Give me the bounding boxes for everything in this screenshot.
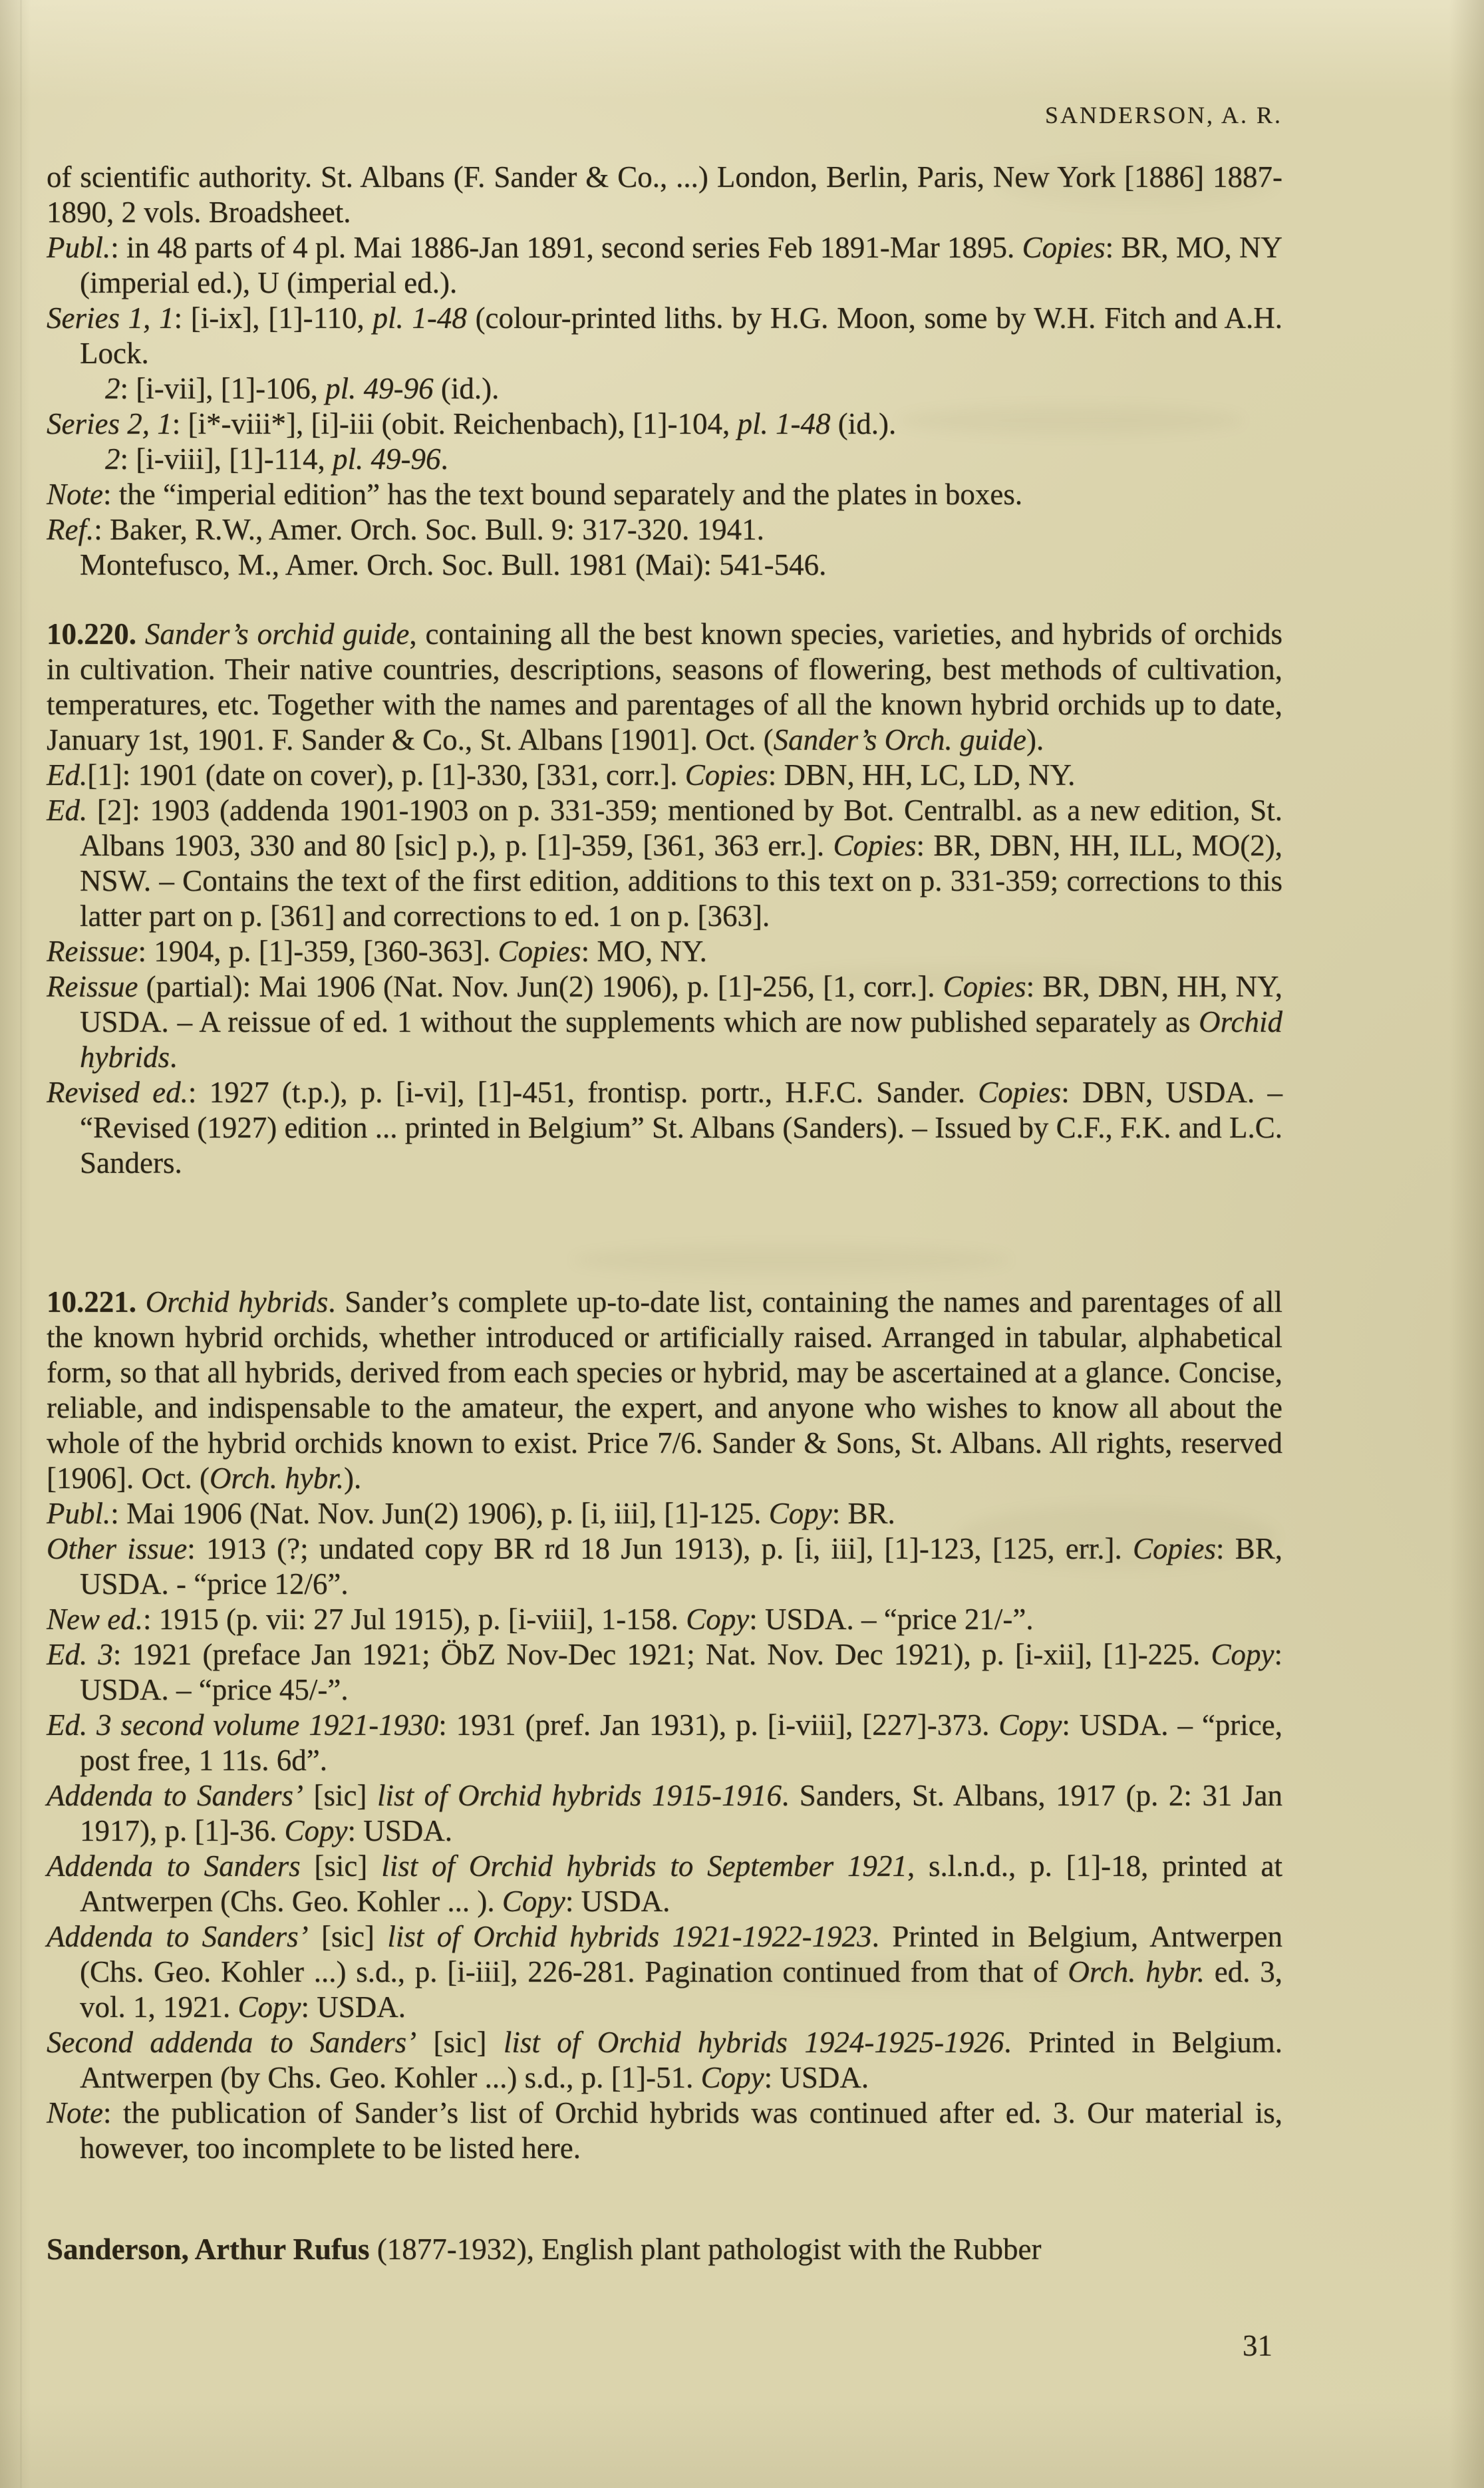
entry-publ: Publ.: in 48 parts of 4 pl. Mai 1886-Jan… [47,230,1282,301]
entry-addenda-1915-1916: Addenda to Sanders’ [sic] list of Orchid… [47,1778,1282,1849]
text-column: of scientific authority. St. Albans (F. … [47,0,1282,2488]
continued-entry-block: of scientific authority. St. Albans (F. … [47,160,1282,583]
entry-note: Note: the “imperial edition” has the tex… [47,477,1282,512]
entry-series-2-1: Series 2, 1: [i*-viii*], [i]-iii (obit. … [47,406,1282,442]
entry-addenda-september-1921: Addenda to Sanders [sic] list of Orchid … [47,1849,1282,1919]
entry-publ-10-221: Publ.: Mai 1906 (Nat. Nov. Jun(2) 1906),… [47,1496,1282,1531]
book-page-scan: SANDERSON, A. R. of scientific authority… [0,0,1484,2488]
entry-revised-ed: Revised ed.: 1927 (t.p.), p. [i-vi], [1]… [47,1075,1282,1181]
entry-ed-3: Ed. 3: 1921 (preface Jan 1921; ÖbZ Nov-D… [47,1637,1282,1708]
entry-series-1-1: Series 1, 1: [i-ix], [1]-110, pl. 1-48 (… [47,301,1282,371]
entry-ref-continuation: Montefusco, M., Amer. Orch. Soc. Bull. 1… [47,547,1282,583]
entry-sanderson-heading: Sanderson, Arthur Rufus (1877-1932), Eng… [47,2232,1282,2267]
entry-other-issue: Other issue: 1913 (?; undated copy BR rd… [47,1531,1282,1602]
entry-10-221-block: 10.221. Orchid hybrids. Sander’s complet… [47,1285,1282,2166]
page-number: 31 [1243,2328,1272,2363]
entry-reissue-1904: Reissue: 1904, p. [1]-359, [360-363]. Co… [47,934,1282,969]
entry-second-addenda: Second addenda to Sanders’ [sic] list of… [47,2025,1282,2096]
entry-sanderson-block: Sanderson, Arthur Rufus (1877-1932), Eng… [47,2232,1282,2267]
paper-crease [20,0,22,2488]
entry-series-2-2: 2: [i-viii], [1]-114, pl. 49-96. [47,442,1282,477]
entry-note-10-221: Note: the publication of Sander’s list o… [47,2096,1282,2166]
entry-ed-3-second-volume: Ed. 3 second volume 1921-1930: 1931 (pre… [47,1708,1282,1778]
entry-ed-1: Ed.[1]: 1901 (date on cover), p. [1]-330… [47,758,1282,793]
entry-addenda-1921-1922-1923: Addenda to Sanders’ [sic] list of Orchid… [47,1919,1282,2025]
entry-series-1-2: 2: [i-vii], [1]-106, pl. 49-96 (id.). [47,371,1282,406]
entry-10-221-heading: 10.221. Orchid hybrids. Sander’s complet… [47,1285,1282,1496]
entry-10-220-block: 10.220. Sander’s orchid guide, containin… [47,617,1282,1181]
entry-ed-2: Ed. [2]: 1903 (addenda 1901-1903 on p. 3… [47,793,1282,934]
entry-new-ed: New ed.: 1915 (p. vii: 27 Jul 1915), p. … [47,1602,1282,1637]
entry-ref: Ref.: Baker, R.W., Amer. Orch. Soc. Bull… [47,512,1282,547]
continuation-paragraph: of scientific authority. St. Albans (F. … [47,160,1282,230]
entry-10-220-heading: 10.220. Sander’s orchid guide, containin… [47,617,1282,758]
entry-reissue-partial: Reissue (partial): Mai 1906 (Nat. Nov. J… [47,969,1282,1075]
